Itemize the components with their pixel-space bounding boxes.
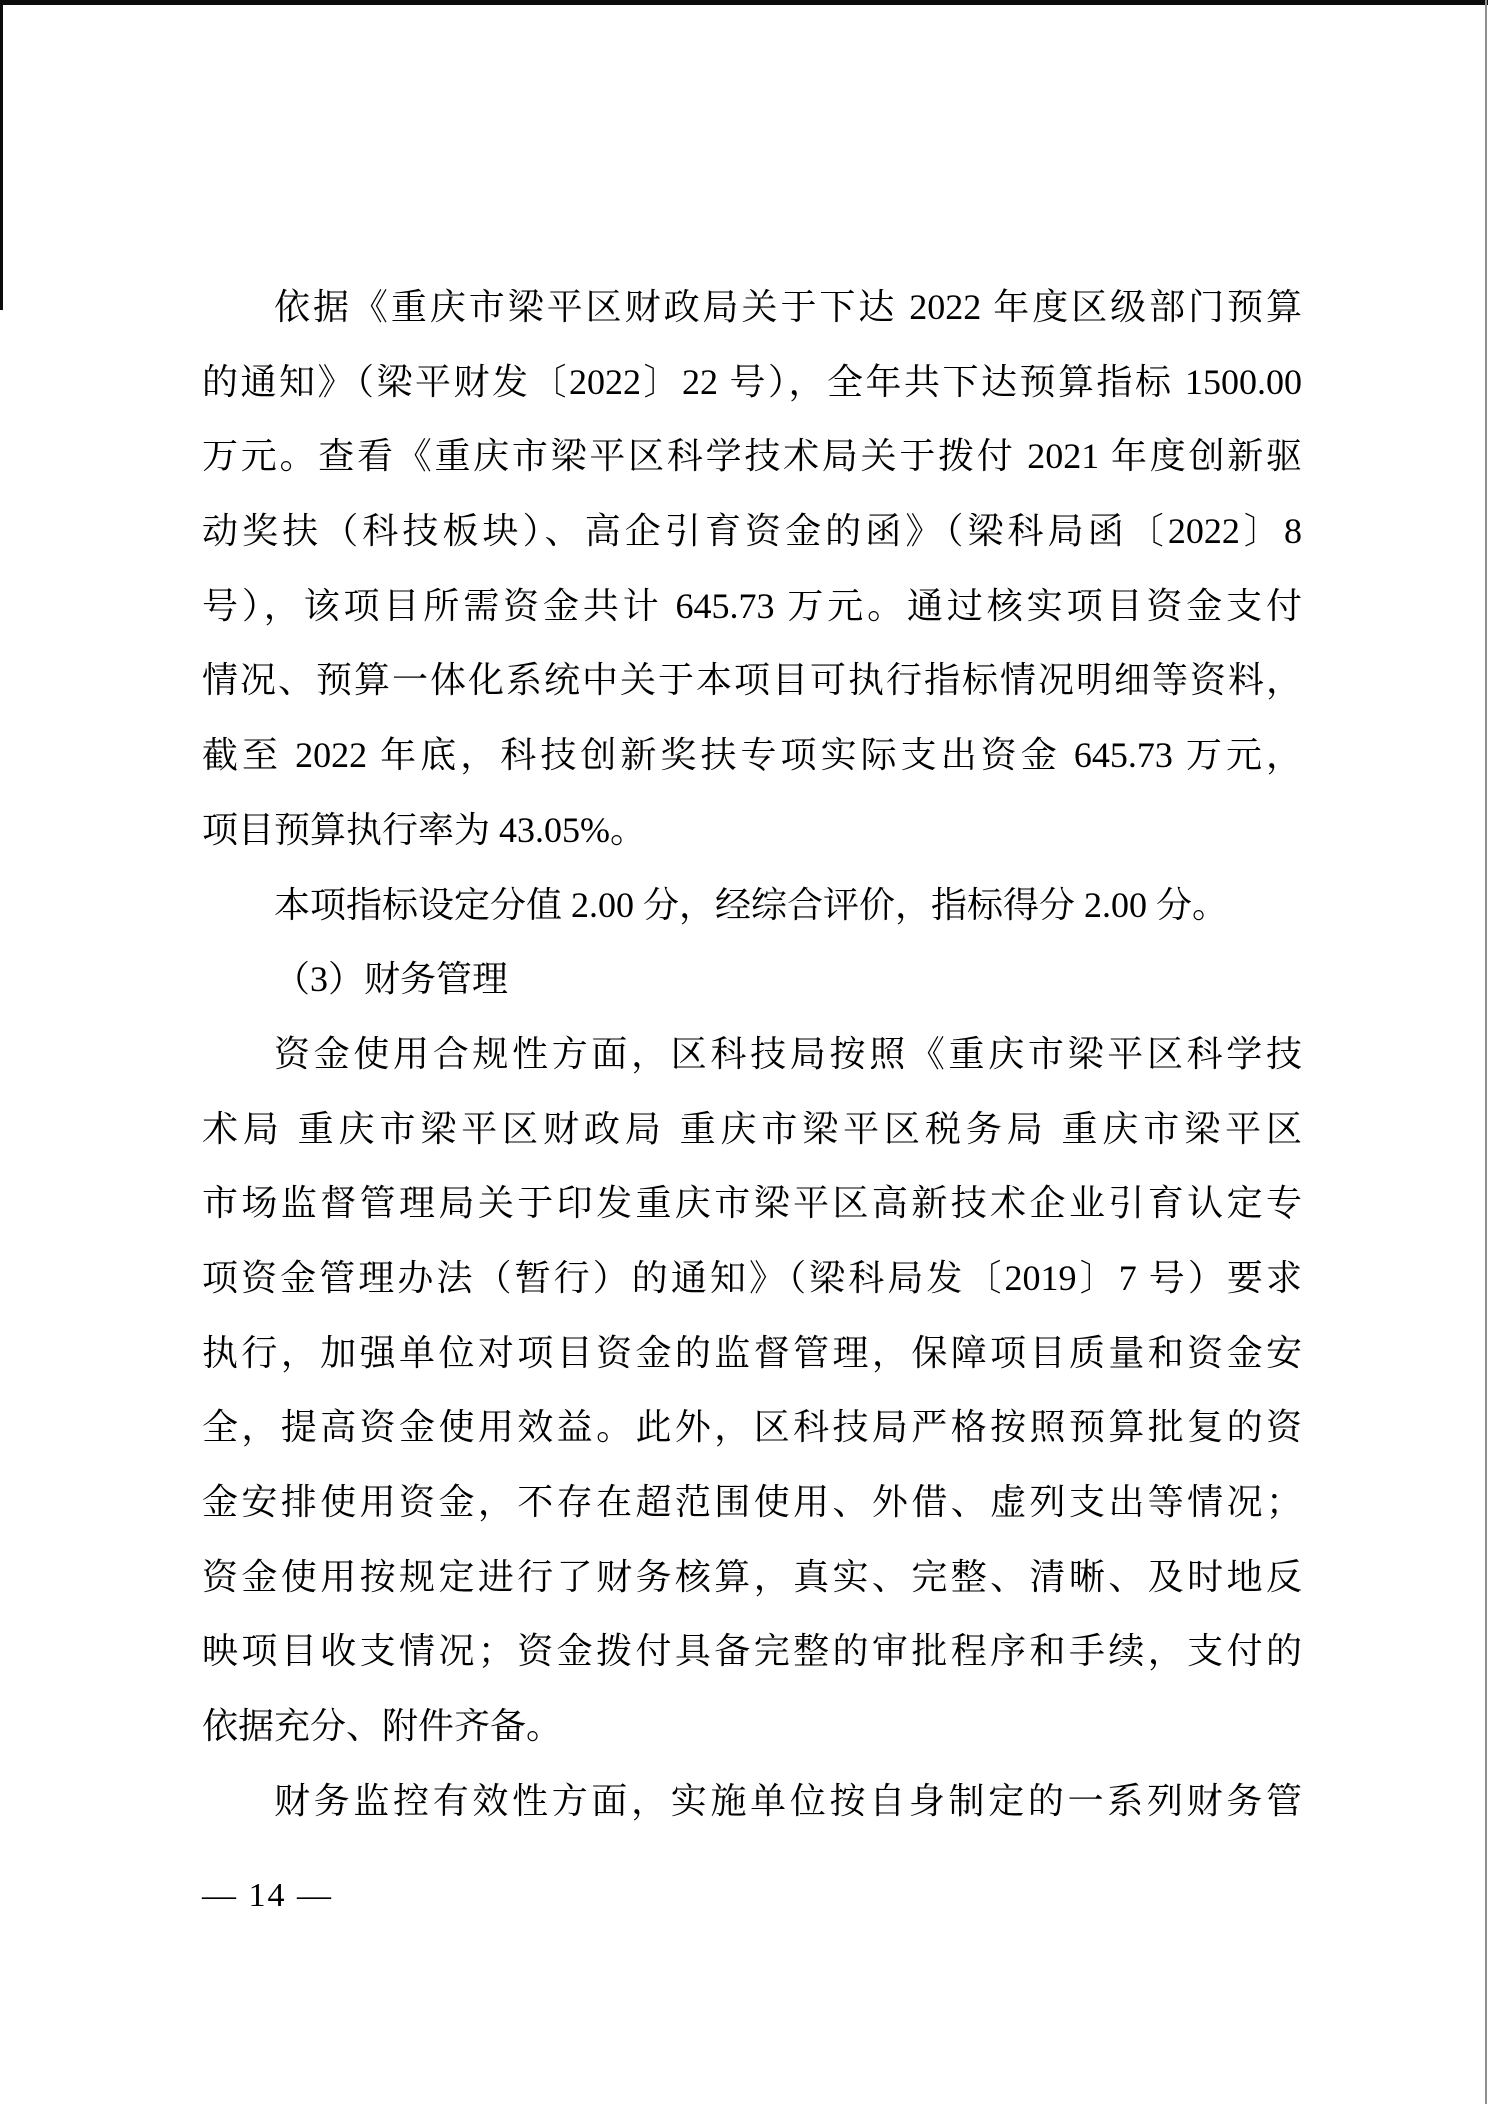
document-line: 术局 重庆市梁平区财政局 重庆市梁平区税务局 重庆市梁平区 <box>202 1092 1302 1167</box>
scan-artifact-left-edge <box>0 0 3 310</box>
document-line: 依据《重庆市梁平区财政局关于下达 2022 年度区级部门预算 <box>202 270 1302 345</box>
document-line: 市场监督管理局关于印发重庆市梁平区高新技术企业引育认定专 <box>202 1166 1302 1241</box>
document-line: 执行，加强单位对项目资金的监督管理，保障项目质量和资金安 <box>202 1316 1302 1391</box>
document-line: 本项指标设定分值 2.00 分，经综合评价，指标得分 2.00 分。 <box>202 868 1302 943</box>
scan-artifact-right-edge <box>1485 0 1487 2104</box>
document-line: 金安排使用资金，不存在超范围使用、外借、虚列支出等情况； <box>202 1465 1302 1540</box>
document-line: 项资金管理办法（暂行）的通知》（梁科局发〔2019〕7 号）要求 <box>202 1241 1302 1316</box>
document-body: 依据《重庆市梁平区财政局关于下达 2022 年度区级部门预算 的通知》（梁平财发… <box>202 270 1302 1838</box>
heading-financial-management: （3）财务管理 <box>202 942 1302 1017</box>
document-line: 依据充分、附件齐备。 <box>202 1689 1302 1764</box>
document-page: { "document": { "colors": { "text": "#00… <box>0 0 1488 2104</box>
document-line: 万元。查看《重庆市梁平区科学技术局关于拨付 2021 年度创新驱 <box>202 419 1302 494</box>
page-number: — 14 — <box>202 1874 333 1918</box>
paragraph-financial-monitoring: 财务监控有效性方面，实施单位按自身制定的一系列财务管 <box>202 1764 1302 1839</box>
document-line: （3）财务管理 <box>202 942 1302 1017</box>
paragraph-fund-compliance: 资金使用合规性方面，区科技局按照《重庆市梁平区科学技 术局 重庆市梁平区财政局 … <box>202 1017 1302 1764</box>
document-line: 号），该项目所需资金共计 645.73 万元。通过核实项目资金支付 <box>202 569 1302 644</box>
document-line: 全，提高资金使用效益。此外，区科技局严格按照预算批复的资 <box>202 1390 1302 1465</box>
document-line: 动奖扶（科技板块）、高企引育资金的函》（梁科局函〔2022〕8 <box>202 494 1302 569</box>
paragraph-score-summary: 本项指标设定分值 2.00 分，经综合评价，指标得分 2.00 分。 <box>202 868 1302 943</box>
scan-artifact-top-edge <box>0 0 1488 5</box>
document-line: 情况、预算一体化系统中关于本项目可执行指标情况明细等资料， <box>202 643 1302 718</box>
document-line: 的通知》（梁平财发〔2022〕22 号），全年共下达预算指标 1500.00 <box>202 345 1302 420</box>
paragraph-budget-basis: 依据《重庆市梁平区财政局关于下达 2022 年度区级部门预算 的通知》（梁平财发… <box>202 270 1302 868</box>
document-line: 截至 2022 年底，科技创新奖扶专项实际支出资金 645.73 万元， <box>202 718 1302 793</box>
document-line: 映项目收支情况；资金拨付具备完整的审批程序和手续，支付的 <box>202 1614 1302 1689</box>
document-line: 财务监控有效性方面，实施单位按自身制定的一系列财务管 <box>202 1764 1302 1839</box>
document-line: 项目预算执行率为 43.05%。 <box>202 793 1302 868</box>
document-line: 资金使用按规定进行了财务核算，真实、完整、清晰、及时地反 <box>202 1540 1302 1615</box>
document-line: 资金使用合规性方面，区科技局按照《重庆市梁平区科学技 <box>202 1017 1302 1092</box>
